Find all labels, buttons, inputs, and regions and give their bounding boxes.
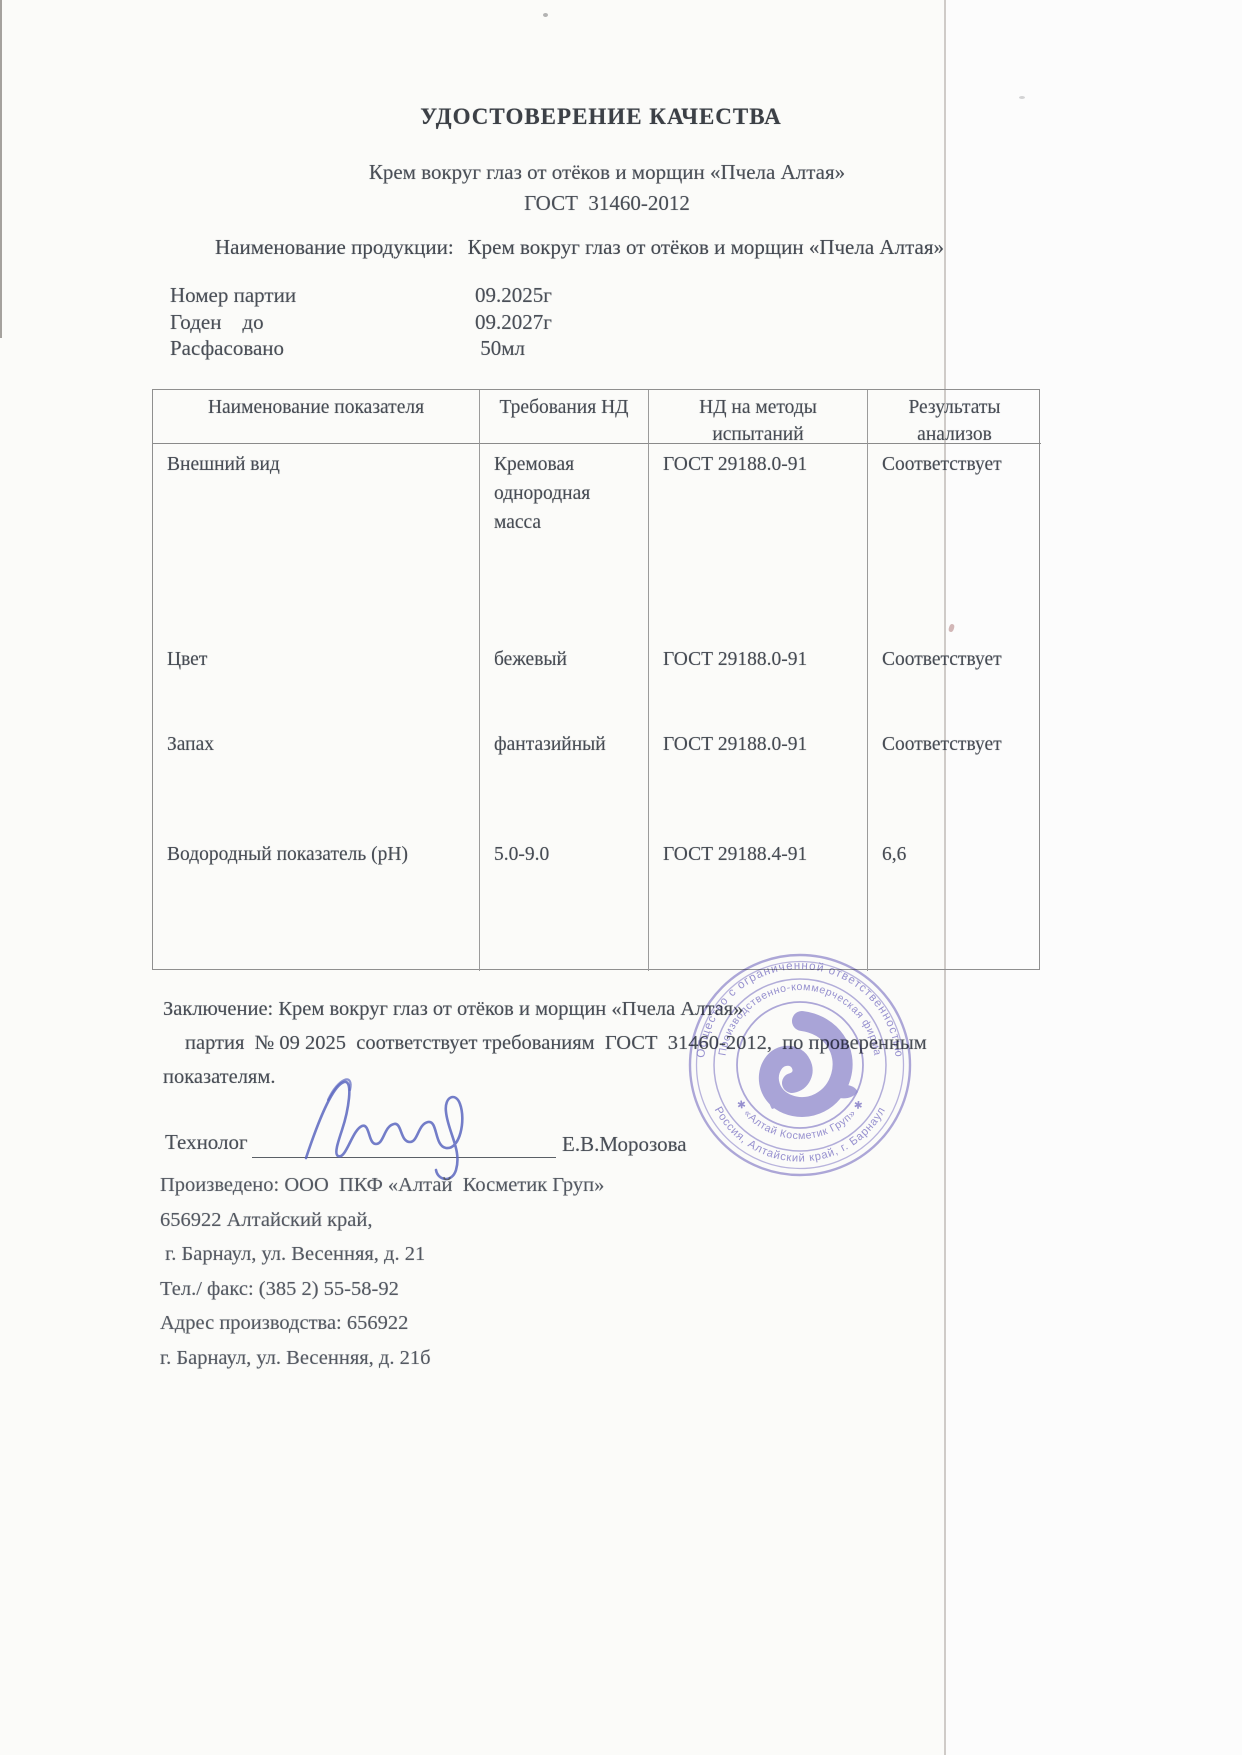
expiry-label: Годен до xyxy=(170,309,475,336)
batch-row: Номер партии 09.2025г xyxy=(170,282,552,309)
table-cell-requirement: бежевый xyxy=(480,639,649,724)
technologist-name: Е.В.Морозова xyxy=(562,1132,687,1157)
manufacturer-block: Произведено: ООО ПКФ «Алтай Косметик Гру… xyxy=(160,1168,604,1375)
table-cell-result: Соответствует xyxy=(868,639,1041,724)
fill-volume-value: 50мл xyxy=(475,335,552,362)
batch-row: Годен до 09.2027г xyxy=(170,309,552,336)
scan-speck xyxy=(1019,96,1025,99)
table-cell-method: ГОСТ 29188.0-91 xyxy=(649,639,868,724)
table-cell-result: Соответствует xyxy=(868,724,1041,834)
product-designation-value: Крем вокруг глаз от отёков и морщин «Пче… xyxy=(468,235,944,259)
gost-standard-line: ГОСТ 31460-2012 xyxy=(0,188,1228,219)
document-title: УДОСТОВЕРЕНИЕ КАЧЕСТВА xyxy=(0,104,1222,130)
product-designation-label: Наименование продукции: xyxy=(215,235,454,259)
expiry-value: 09.2027г xyxy=(475,309,552,336)
batch-number-value: 09.2025г xyxy=(475,282,552,309)
manufacturer-line: г. Барнаул, ул. Весенняя, д. 21б xyxy=(160,1341,604,1376)
product-designation-row: Наименование продукции:Крем вокруг глаз … xyxy=(215,235,944,260)
quality-indicators-table: Наименование показателя Требования НД НД… xyxy=(152,389,1040,970)
batch-row: Расфасовано 50мл xyxy=(170,335,552,362)
fill-volume-label: Расфасовано xyxy=(170,335,475,362)
technologist-label: Технолог xyxy=(165,1130,248,1155)
document-subtitle: Крем вокруг глаз от отёков и морщин «Пче… xyxy=(0,157,1228,219)
manufacturer-line: 656922 Алтайский край, xyxy=(160,1203,604,1238)
manufacturer-line: Адрес производства: 656922 xyxy=(160,1306,604,1341)
batch-number-label: Номер партии xyxy=(170,282,475,309)
requirement-text: Кремовая однородная масса xyxy=(494,450,626,537)
conclusion-line: партия № 09 2025 соответствует требовани… xyxy=(163,1026,1163,1060)
manufacturer-line: Произведено: ООО ПКФ «Алтай Косметик Гру… xyxy=(160,1168,604,1203)
batch-info-block: Номер партии 09.2025г Годен до 09.2027г … xyxy=(170,282,552,362)
scan-speck xyxy=(543,13,548,17)
column-header-method: НД на методы испытаний xyxy=(649,390,868,444)
table-cell-indicator: Водородный показатель (pH) xyxy=(153,834,480,971)
table-cell-method: ГОСТ 29188.0-91 xyxy=(649,444,868,639)
conclusion-line: Заключение: Крем вокруг глаз от отёков и… xyxy=(163,992,1163,1026)
table-cell-requirement: фантазийный xyxy=(480,724,649,834)
manufacturer-line: г. Барнаул, ул. Весенняя, д. 21 xyxy=(160,1237,604,1272)
scanned-quality-certificate: { "colors": { "paper": "#fbfbf9", "ink":… xyxy=(0,0,1242,1755)
table-cell-indicator: Запах xyxy=(153,724,480,834)
column-header-indicator: Наименование показателя xyxy=(153,390,480,444)
product-name-line: Крем вокруг глаз от отёков и морщин «Пче… xyxy=(0,157,1228,188)
column-header-result: Результаты анализов xyxy=(868,390,1041,444)
column-header-requirement: Требования НД xyxy=(480,390,649,444)
company-stamp: Общество с ограниченной ответственностью… xyxy=(686,951,914,1179)
table-cell-method: ГОСТ 29188.0-91 xyxy=(649,724,868,834)
manufacturer-line: Тел./ факс: (385 2) 55-58-92 xyxy=(160,1272,604,1307)
table-cell-indicator: Внешний вид xyxy=(153,444,480,639)
bee-logo-icon xyxy=(769,1021,858,1109)
table-cell-requirement: 5.0-9.0 xyxy=(480,834,649,971)
table-cell-requirement: Кремовая однородная масса xyxy=(480,444,649,639)
table-cell-result: Соответствует xyxy=(868,444,1041,639)
table-cell-indicator: Цвет xyxy=(153,639,480,724)
